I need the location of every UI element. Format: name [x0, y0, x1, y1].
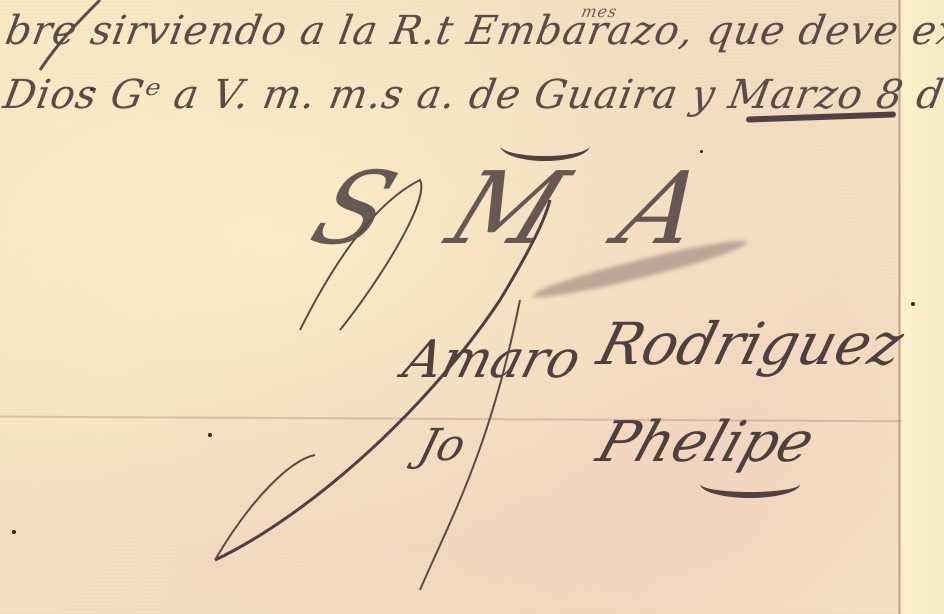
ink-spot — [700, 150, 703, 153]
ink-spot — [911, 302, 915, 306]
signature-rubric-strokes — [0, 0, 944, 614]
ink-spot — [208, 433, 212, 437]
ink-spot — [90, 88, 93, 91]
ink-spot — [12, 530, 16, 534]
